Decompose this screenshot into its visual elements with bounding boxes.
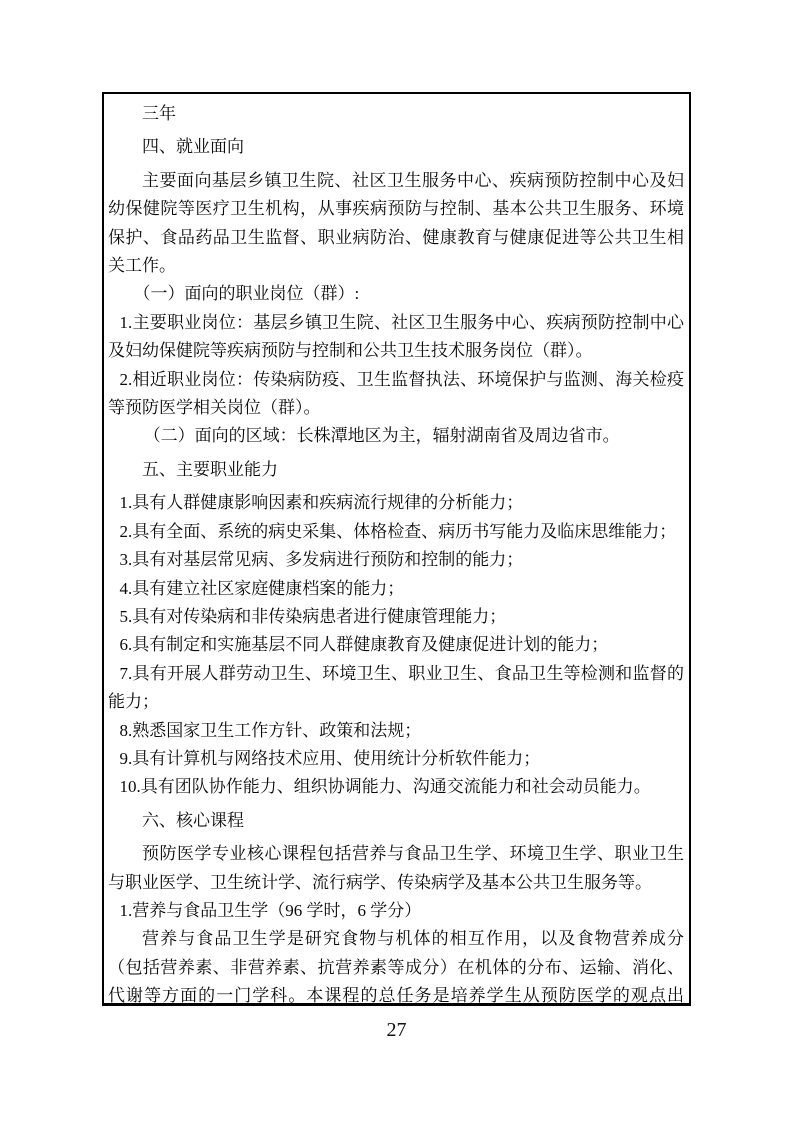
page-number: 27 [0, 1016, 793, 1044]
heading-employment-orientation: 四、就业面向 [108, 133, 684, 161]
ability-item-8: 8.熟悉国家卫生工作方针、政策和法规； [108, 717, 684, 745]
ability-item-6: 6.具有制定和实施基层不同人群健康教育及健康促进计划的能力； [108, 631, 684, 659]
item-main-positions: 1.主要职业岗位：基层乡镇卫生院、社区卫生服务中心、疾病预防控制中心及妇幼保健院… [108, 309, 684, 366]
ability-item-5: 5.具有对传染病和非传染病患者进行健康管理能力； [108, 603, 684, 631]
item-related-positions: 2.相近职业岗位：传染病防疫、卫生监督执法、环境保护与监测、海关检疫等预防医学相… [108, 366, 684, 423]
ability-item-9: 9.具有计算机与网络技术应用、使用统计分析软件能力； [108, 745, 684, 773]
document-table-cell: 三年 四、就业面向 主要面向基层乡镇卫生院、社区卫生服务中心、疾病预防控制中心及… [102, 92, 691, 1006]
ability-item-4: 4.具有建立社区家庭健康档案的能力； [108, 575, 684, 603]
subheading-target-region: （二）面向的区域：长株潭地区为主，辐射湖南省及周边省市。 [108, 422, 684, 450]
ability-item-2: 2.具有全面、系统的病史采集、体格检查、病历书写能力及临床思维能力； [108, 518, 684, 546]
paragraph-employment-overview: 主要面向基层乡镇卫生院、社区卫生服务中心、疾病预防控制中心及妇幼保健院等医疗卫生… [108, 167, 684, 281]
paragraph-core-courses-list: 预防医学专业核心课程包括营养与食品卫生学、环境卫生学、职业卫生与职业医学、卫生统… [108, 840, 684, 897]
document-page: 三年 四、就业面向 主要面向基层乡镇卫生院、社区卫生服务中心、疾病预防控制中心及… [0, 0, 793, 1122]
ability-item-1: 1.具有人群健康影响因素和疾病流行规律的分析能力； [108, 489, 684, 517]
heading-core-courses: 六、核心课程 [108, 807, 684, 835]
ability-item-7: 7.具有开展人群劳动卫生、环境卫生、职业卫生、食品卫生等检测和监督的能力； [108, 660, 684, 717]
subheading-job-positions: （一）面向的职业岗位（群）: [108, 280, 684, 308]
heading-vocational-abilities: 五、主要职业能力 [108, 456, 684, 484]
ability-item-10: 10.具有团队协作能力、组织协调能力、沟通交流能力和社会动员能力。 [108, 773, 684, 801]
text-duration-three-years: 三年 [108, 100, 684, 128]
item-nutrition-course-title: 1.营养与食品卫生学（96 学时，6 学分） [108, 897, 684, 925]
paragraph-nutrition-course-desc: 营养与食品卫生学是研究食物与机体的相互作用，以及食物营养成分（包括营养素、非营养… [108, 925, 684, 1006]
ability-item-3: 3.具有对基层常见病、多发病进行预防和控制的能力； [108, 546, 684, 574]
